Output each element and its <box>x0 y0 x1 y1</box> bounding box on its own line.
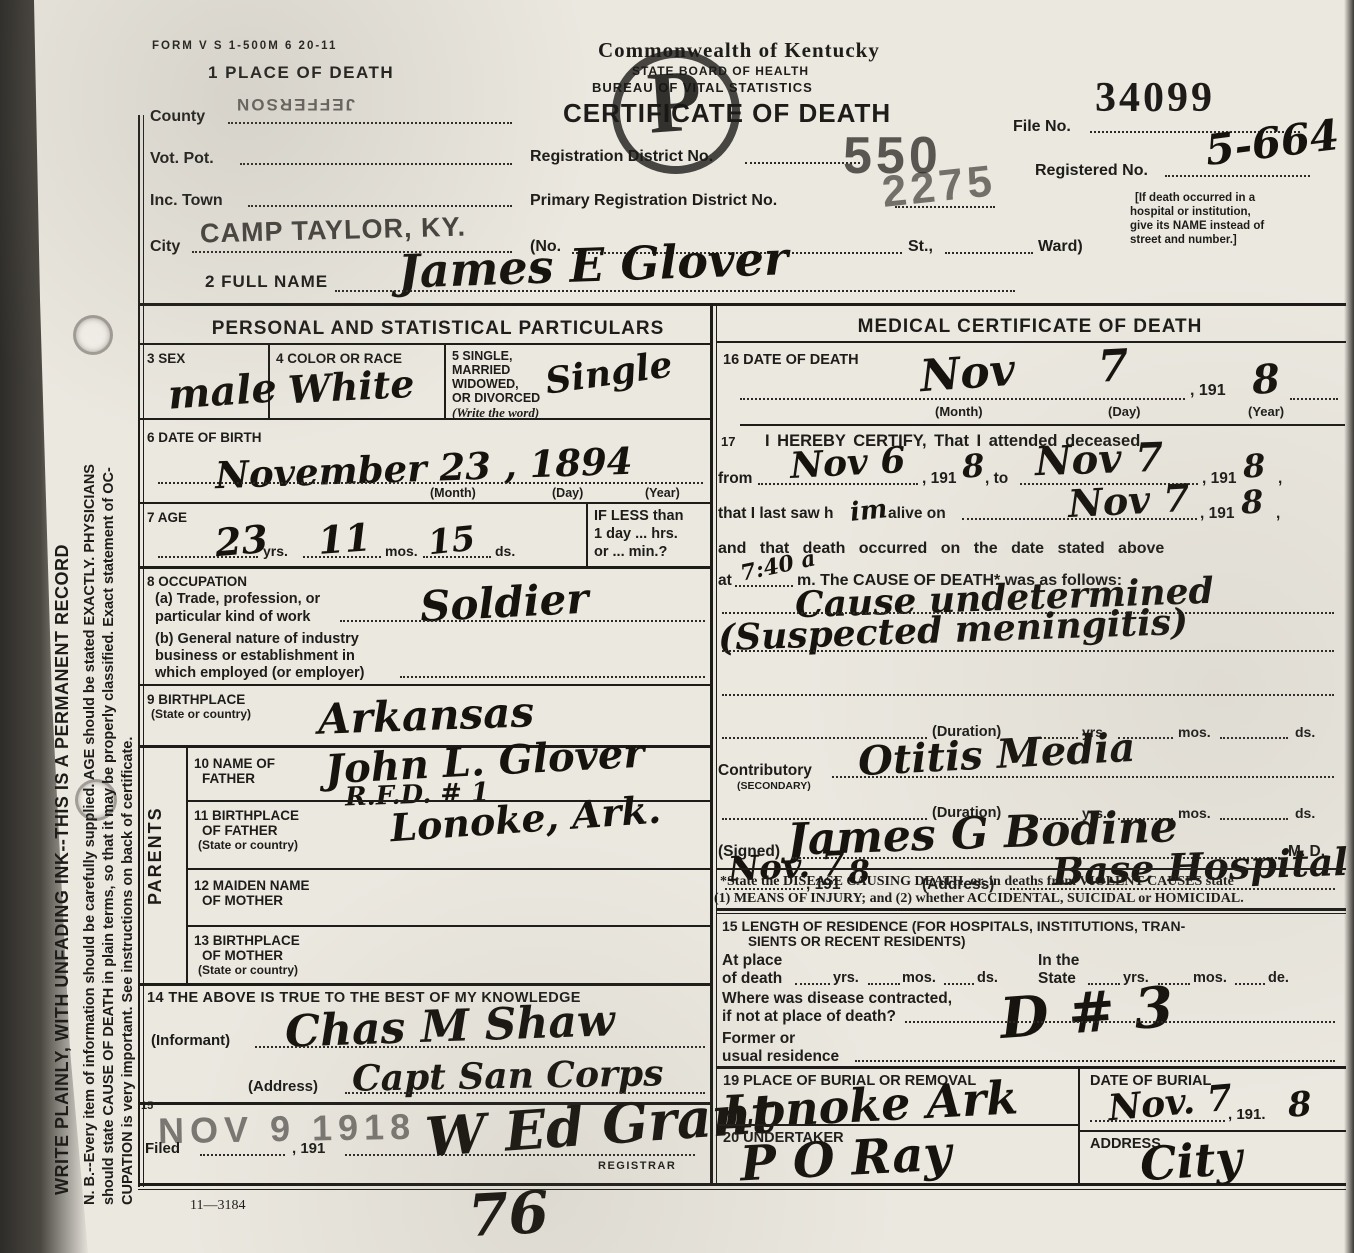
burial-top-rule <box>716 1066 1346 1069</box>
inc-town-line <box>248 205 512 207</box>
if-less-2: 1 day ... hrs. <box>594 526 678 542</box>
cause-line-3 <box>722 694 1334 696</box>
row1-bottom-rule <box>138 418 713 420</box>
dob-bottom-rule <box>138 502 713 504</box>
primary-registration-line <box>895 206 995 208</box>
informant-label: (Informant) <box>151 1032 230 1049</box>
from-year-printed: , 191 <box>922 470 956 488</box>
age-mos-unit: mos. <box>385 543 418 559</box>
father-bp-label-2: OF FATHER <box>202 823 278 838</box>
residence-label-2: SIENTS OR RECENT RESIDENTS) <box>748 934 966 949</box>
mother-bp-label-3: (State or country) <box>198 963 298 977</box>
full-name-label: 2 FULL NAME <box>205 272 328 292</box>
last-saw-2: alive on <box>888 505 946 523</box>
item17-number: 17 <box>721 434 735 449</box>
former-label-1: Former or <box>722 1030 795 1048</box>
from-year-hw: 8 <box>961 449 985 482</box>
dob-year-label: (Year) <box>645 486 680 500</box>
county-label: County <box>150 108 205 126</box>
dod-year-hw: 8 <box>1251 359 1282 401</box>
dod-year-printed: , 191 <box>1190 382 1226 400</box>
to-value: Nov 7 <box>1034 438 1164 482</box>
duration1-ds: ds. <box>1295 724 1315 740</box>
dod-line-2 <box>1290 398 1338 400</box>
burial-row-rule-left <box>716 1124 1078 1126</box>
medical-title-rule <box>716 341 1346 343</box>
margin-note-occupation: CUPATION is very important. See instruct… <box>120 737 136 1205</box>
age-dots-3 <box>423 556 491 558</box>
duration2-mos: mos. <box>1178 805 1211 821</box>
father-bp-label-3: (State or country) <box>198 838 298 852</box>
occupation-b3: which employed (or employer) <box>155 665 365 681</box>
margin-note-permanent-record: WRITE PLAINLY, WITH UNFADING INK--THIS I… <box>52 544 73 1195</box>
contributory-line <box>832 776 1334 778</box>
from-dots-1 <box>758 483 918 485</box>
occupation-a1: (a) Trade, profession, or <box>155 591 320 607</box>
to-year-printed: , 191 <box>1202 470 1236 488</box>
father-name-label-2: FATHER <box>202 771 255 786</box>
left-frame-rule <box>138 115 140 1187</box>
res-dots-6 <box>1235 983 1265 985</box>
dod-line <box>740 398 1185 400</box>
burial-date-dots <box>1090 1120 1225 1122</box>
occupation-b1: (b) General nature of industry <box>155 631 359 647</box>
section-place-of-death: 1 PLACE OF DEATH <box>208 63 394 83</box>
registered-no-label: Registered No. <box>1035 162 1148 180</box>
from-label: from <box>718 470 752 488</box>
father-bp-label-1: 11 BIRTHPLACE <box>194 808 299 823</box>
p-stamp-letter: P <box>645 50 706 155</box>
if-less-1: IF LESS than <box>594 508 683 524</box>
secondary-label: (SECONDARY) <box>737 780 811 792</box>
if-less-3: or ... min.? <box>594 544 667 560</box>
informant-address-label: (Address) <box>248 1078 318 1095</box>
residence-top-rule2 <box>716 913 1346 914</box>
mother-name-label-2: OF MOTHER <box>202 893 283 908</box>
page-number: 76 <box>467 1183 551 1245</box>
marital-value: Single <box>543 346 674 399</box>
dob-day-label: (Day) <box>552 486 583 500</box>
parents-cell-divider <box>186 748 188 983</box>
occupation-a-line <box>340 620 705 622</box>
left-frame-rule2 <box>143 115 144 1187</box>
res-dots-3 <box>944 983 974 985</box>
death-certificate-scan: WRITE PLAINLY, WITH UNFADING INK--THIS I… <box>0 0 1354 1253</box>
burial-cell-divider <box>1078 1066 1080 1185</box>
residence-top-rule <box>716 908 1346 911</box>
duration2-dots-4 <box>1220 818 1288 820</box>
registration-district-label: Registration District No. <box>530 148 713 166</box>
dob-label: 6 DATE OF BIRTH <box>147 430 262 445</box>
dod-month-label: (Month) <box>935 404 983 419</box>
marital-label-3: WIDOWED, <box>452 377 519 391</box>
marital-label-4: OR DIVORCED <box>452 391 540 405</box>
burial-year-printed: , 191. <box>1228 1106 1266 1123</box>
birthplace-value: Arkansas <box>317 691 534 741</box>
county-stamp: JEFFERSON <box>235 94 355 114</box>
last-saw-value: Nov 7 <box>1067 479 1191 523</box>
mother-bp-label-2: OF MOTHER <box>202 948 283 963</box>
marital-label-1: 5 SINGLE, <box>452 349 512 363</box>
dod-bottom-rule <box>740 424 1345 426</box>
registered-no-value: 5-664 <box>1203 114 1341 172</box>
age-ds-unit: ds. <box>495 543 515 559</box>
age-cell-divider <box>586 502 588 566</box>
personal-title-rule <box>138 343 713 345</box>
contracted-dots <box>905 1021 1335 1023</box>
duration1-mos: mos. <box>1178 724 1211 740</box>
registrar-label: REGISTRAR <box>598 1160 676 1172</box>
marital-label-5: (Write the word) <box>452 405 539 421</box>
birthplace-sub: (State or country) <box>151 707 251 721</box>
burial-value: Lonoke Ark <box>721 1074 1019 1135</box>
res-yrs-1: yrs. <box>833 970 859 986</box>
res-mos-1: mos. <box>902 970 936 986</box>
occupation-bottom-rule <box>138 684 713 686</box>
file-no-label: File No. <box>1013 118 1071 136</box>
mother-name-rule <box>186 925 713 927</box>
in-the-label-1: In the <box>1038 952 1079 970</box>
at-label: at <box>718 572 732 590</box>
race-value: White <box>287 365 415 410</box>
residence-label-1: 15 LENGTH OF RESIDENCE (FOR HOSPITALS, I… <box>722 918 1185 934</box>
occupation-a2: particular kind of work <box>155 609 311 625</box>
age-dots-2 <box>303 556 381 558</box>
age-dots-1 <box>158 556 258 558</box>
informant-line <box>255 1046 705 1048</box>
former-label-2: usual residence <box>722 1048 839 1066</box>
full-name-line <box>335 290 1015 292</box>
vot-pot-line <box>240 163 512 165</box>
age-label: 7 AGE <box>147 510 187 525</box>
filed-date-stamp: NOV 9 1918 <box>158 1106 417 1152</box>
to-label: , to <box>985 470 1008 488</box>
undertaker-address-value: City <box>1139 1134 1244 1187</box>
last-saw-comma: , <box>1276 505 1280 523</box>
age-months-value: 11 <box>317 518 372 560</box>
footnote-2: (1) MEANS OF INJURY; and (2) whether ACC… <box>714 891 1244 907</box>
footnote-1: *State the DISEASE CAUSING DEATH, or, in… <box>720 874 1234 890</box>
filed-dots-1 <box>200 1154 285 1156</box>
mother-bp-label-1: 13 BIRTHPLACE <box>194 933 300 948</box>
age-bottom-rule <box>138 566 713 569</box>
from-comma: , <box>1278 470 1282 488</box>
at-place-label-2: of death <box>722 970 782 988</box>
hole-punch-top <box>76 318 110 352</box>
res-de-2: de. <box>1268 970 1289 986</box>
inc-town-label: Inc. Town <box>150 192 223 210</box>
hospital-note-3: give its NAME instead of <box>1130 220 1264 232</box>
sex-value: male <box>167 368 278 415</box>
dod-day-label: (Day) <box>1108 404 1141 419</box>
burial-year-hw: 8 <box>1287 1087 1313 1123</box>
primary-registration-label: Primary Registration District No. <box>530 192 777 210</box>
occupation-b-line <box>400 676 705 678</box>
res-ds-1: ds. <box>977 970 998 986</box>
at-dots <box>735 585 793 587</box>
filed-year-printed: , 191 <box>292 1140 325 1157</box>
scan-edge-left <box>0 0 90 1253</box>
from-value: Nov 6 <box>789 442 906 484</box>
age-yrs-unit: yrs. <box>263 543 288 559</box>
dob-month-label: (Month) <box>430 486 476 500</box>
ward-label: Ward) <box>1038 238 1083 256</box>
marital-label-2: MARRIED <box>452 363 510 377</box>
contributory-value: Otitis Media <box>857 728 1136 782</box>
dod-year-label: (Year) <box>1248 404 1284 419</box>
medical-title: MEDICAL CERTIFICATE OF DEATH <box>740 316 1320 338</box>
filed-item-number: 15 <box>141 1100 153 1112</box>
full-name-value: James E Glover <box>397 235 789 295</box>
margin-note-cause: should state CAUSE OF DEATH in plain ter… <box>101 467 117 1205</box>
dod-day-value: 7 <box>1097 344 1130 390</box>
parents-bottom-rule <box>138 983 713 986</box>
personal-title: PERSONAL AND STATISTICAL PARTICULARS <box>168 318 708 340</box>
county-line <box>228 122 512 124</box>
vot-pot-label: Vot. Pot. <box>150 150 214 168</box>
hospital-note-1: [If death occurred in a <box>1135 192 1255 204</box>
former-dots <box>855 1060 1335 1062</box>
sex-label: 3 SEX <box>147 351 185 366</box>
column-divider2 <box>716 303 717 1186</box>
city-label: City <box>150 238 180 256</box>
occupation-b2: business or establishment in <box>155 648 355 664</box>
father-name-label-1: 10 NAME OF <box>194 756 275 771</box>
occupation-label: 8 OCCUPATION <box>147 574 247 589</box>
file-number: 34099 <box>1095 74 1215 122</box>
last-saw-year-hw: 8 <box>1240 485 1264 518</box>
form-number: 11—3184 <box>190 1198 245 1214</box>
duration1-dots-4 <box>1220 737 1288 739</box>
res-dots-2 <box>868 983 900 985</box>
district-stamp-2275: 2275 <box>880 156 998 218</box>
to-year-hw: 8 <box>1242 449 1266 482</box>
filed-label: Filed <box>145 1140 180 1157</box>
registered-no-line <box>1165 175 1310 177</box>
father-bp-rule <box>186 868 713 870</box>
contracted-value: D # 3 <box>998 979 1175 1047</box>
cause-line-2 <box>722 650 1334 652</box>
hospital-note-4: street and number.] <box>1130 234 1237 246</box>
age-days-value: 15 <box>426 522 477 561</box>
contributory-label: Contributory <box>718 762 812 780</box>
birthplace-label: 9 BIRTHPLACE <box>147 692 245 707</box>
dod-month-value: Nov <box>919 349 1017 400</box>
last-saw-dots <box>962 518 1197 520</box>
dod-label: 16 DATE OF DEATH <box>723 352 859 368</box>
res-mos-2: mos. <box>1193 970 1227 986</box>
dob-line <box>158 482 703 484</box>
parents-label: PARENTS <box>145 806 166 905</box>
contracted-label-2: if not at place of death? <box>722 1008 896 1026</box>
st-label: St., <box>908 238 933 256</box>
contracted-label-1: Where was disease contracted, <box>722 990 952 1008</box>
form-code: FORM V S 1-500M 6 20-11 <box>152 40 337 52</box>
mother-name-label-1: 12 MAIDEN NAME <box>194 878 310 893</box>
header-bottom-rule <box>138 303 1346 306</box>
margin-note-nb: N. B.--Every item of information should … <box>82 464 98 1205</box>
footnote-top-rule <box>716 868 1346 870</box>
last-saw-hw: im <box>849 496 889 526</box>
informant-address-value: Capt San Corps <box>352 1055 664 1096</box>
undertaker-value: P O Ray <box>739 1130 953 1189</box>
duration2-ds: ds. <box>1295 805 1315 821</box>
hospital-note-2: hospital or institution, <box>1130 206 1251 218</box>
last-saw-year-printed: , 191 <box>1200 505 1234 523</box>
last-saw-1: that I last saw h <box>718 505 833 523</box>
st-line <box>945 252 1033 254</box>
at-place-label-1: At place <box>722 952 782 970</box>
cell-divider-race-marital <box>444 345 446 418</box>
res-dots-1 <box>795 983 830 985</box>
